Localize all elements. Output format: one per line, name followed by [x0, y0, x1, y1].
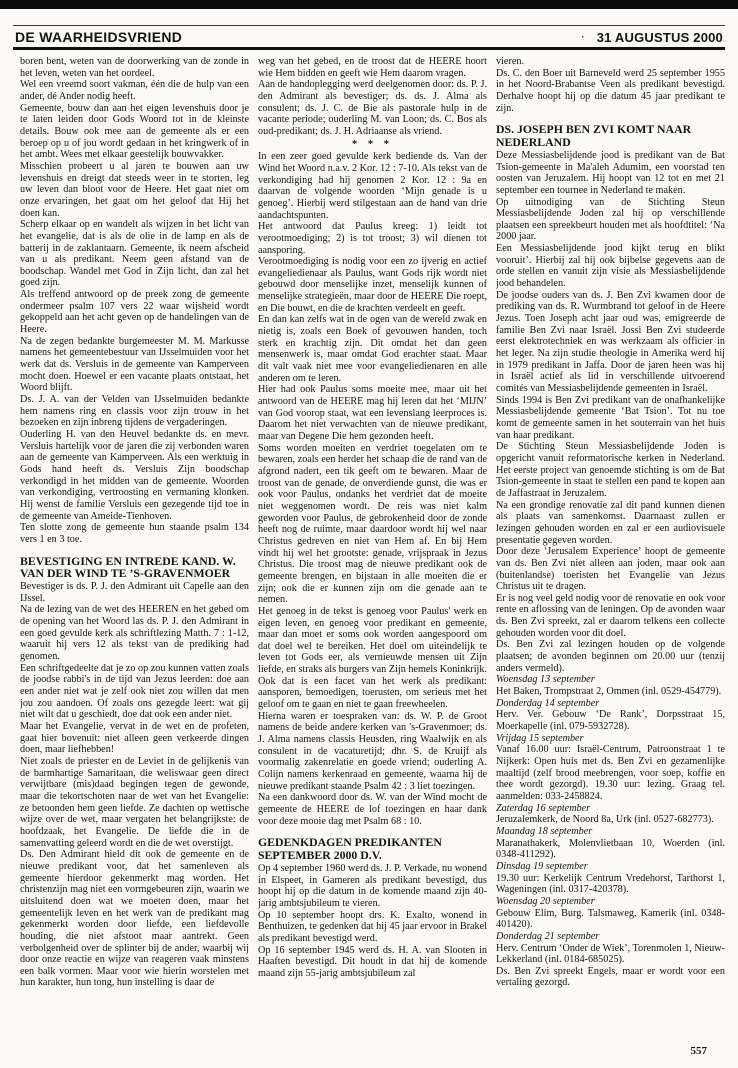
- event-date-line: Vrijdag 15 september: [496, 733, 725, 745]
- paragraph: Na een dankwoord door ds. W. van der Win…: [258, 792, 487, 827]
- event-date-line: Dinsdag 19 september: [496, 861, 725, 873]
- paragraph: Hierna waren er toespraken van: ds. W. P…: [258, 711, 487, 793]
- paragraph: In een zeer goed gevulde kerk bediende d…: [258, 151, 487, 221]
- column-1: boren bent, weten van de doorwerking van…: [20, 56, 249, 1048]
- page-number: 557: [691, 1045, 708, 1057]
- paragraph: De joodse ouders van ds. J. Ben Zvi kwam…: [496, 290, 725, 395]
- column-3: vieren.Ds. C. den Boer uit Barneveld wer…: [496, 56, 725, 1048]
- paragraph: Ds. C. den Boer uit Barneveld werd 25 se…: [496, 68, 725, 115]
- event-date-line: Donderdag 21 september: [496, 931, 725, 943]
- event-date-line: Zaterdag 16 september: [496, 803, 725, 815]
- paragraph: Maranathakerk, Molenvlietbaan 10, Woerde…: [496, 838, 725, 861]
- paragraph: Verootmoediging is nodig voor een zo ijv…: [258, 256, 487, 314]
- event-date-line: Woensdag 13 september: [496, 674, 725, 686]
- event-date-line: Donderdag 14 september: [496, 698, 725, 710]
- paragraph: Ouderling H. van den Heuvel bedankte ds.…: [20, 429, 249, 522]
- paragraph: Gebouw Elim, Burg. Talsmaweg, Kamerik (i…: [496, 908, 725, 931]
- paragraph: Gemeente, bouw dan aan het eigen levensh…: [20, 103, 249, 161]
- paragraph: Sinds 1994 is Ben Zvi predikant van de o…: [496, 395, 725, 442]
- article-columns: boren bent, weten van de doorwerking van…: [20, 56, 725, 1048]
- top-black-bar: [0, 0, 738, 9]
- paragraph: Vanaf 16.00 uur: Israël-Centrum, Patroon…: [496, 744, 725, 802]
- paragraph: Het antwoord dat Paulus kreeg: 1) leidt …: [258, 221, 487, 256]
- paragraph: weg van het gebed, en de troost dat de H…: [258, 56, 487, 79]
- masthead: DE WAARHEIDSVRIEND · 31 AUGUSTUS 2000: [13, 25, 725, 50]
- date-separator-dot: ·: [582, 32, 585, 42]
- paragraph: Misschien probeert u al jaren te bouwen …: [20, 161, 249, 219]
- column-2: weg van het gebed, en de troost dat de H…: [258, 56, 487, 1048]
- paragraph: Er is nog veel geld nodig voor de renova…: [496, 593, 725, 640]
- paragraph: Ds. Ben Zvi spreekt Engels, maar er word…: [496, 966, 725, 989]
- paragraph: Door deze ‘Jerusalem Experience’ hoopt d…: [496, 546, 725, 593]
- paragraph: Deze Messiasbelijdende jood is predikant…: [496, 150, 725, 197]
- paragraph: Niet zoals de priester en de Leviet in d…: [20, 756, 249, 849]
- paragraph: boren bent, weten van de doorwerking van…: [20, 56, 249, 79]
- paragraph: Herv. Ver. Gebouw ‘De Rank’, Dorpsstraat…: [496, 709, 725, 732]
- paragraph: Een Messiasbelijdende jood kijkt terug e…: [496, 243, 725, 290]
- section-separator: * * *: [258, 139, 487, 151]
- paragraph: Bevestiger is ds. P. J. den Admirant uit…: [20, 581, 249, 604]
- paragraph: Op uitnodiging van de Stichting Steun Me…: [496, 197, 725, 244]
- paragraph: Soms worden moeiten en verdriet toegelat…: [258, 443, 487, 606]
- paragraph: Ds. Den Admirant hield dit ook de gemeen…: [20, 849, 249, 989]
- paragraph: vieren.: [496, 56, 725, 68]
- issue-date-text: 31 AUGUSTUS 2000: [597, 30, 723, 45]
- paragraph: Ten slotte zong de gemeente hun staande …: [20, 522, 249, 545]
- paragraph: Jeruzalemkerk, de Noord 8a, Urk (inl. 05…: [496, 814, 725, 826]
- section-heading: DS. JOSEPH BEN ZVI KOMT NAAR NEDERLAND: [496, 123, 725, 149]
- paragraph: Op 4 september 1960 werd ds. J. P. Verka…: [258, 863, 487, 910]
- section-heading: BEVESTIGING EN INTREDE KAND. W. VAN DER …: [20, 555, 249, 581]
- paragraph: Wel een vreemd soort vakman, één die de …: [20, 79, 249, 102]
- paragraph: De Stichting Steun Messiasbelijdende Jod…: [496, 441, 725, 499]
- event-date-line: Maandag 18 september: [496, 826, 725, 838]
- event-date-line: Woensdag 20 september: [496, 896, 725, 908]
- paragraph: Op 16 september 1945 werd ds. H. A. van …: [258, 945, 487, 980]
- newspaper-page: DE WAARHEIDSVRIEND · 31 AUGUSTUS 2000 bo…: [0, 0, 738, 1068]
- paragraph: Scherp elkaar op en wandelt als wijzen i…: [20, 219, 249, 289]
- paragraph: Ds. Ben Zvi zal lezingen houden op de vo…: [496, 639, 725, 674]
- paragraph: Op 10 september hoopt drs. K. Exalto, wo…: [258, 910, 487, 945]
- paragraph: Na de lezing van de wet des HEEREN en he…: [20, 604, 249, 662]
- paragraph: Na een grondige renovatie zal dit pand k…: [496, 500, 725, 547]
- paragraph: Het genoeg in de tekst is genoeg voor Pa…: [258, 606, 487, 711]
- section-heading: GEDENKDAGEN PREDIKANTEN SEPTEMBER 2000 D…: [258, 836, 487, 862]
- paragraph: Als treffend antwoord op de preek zong d…: [20, 289, 249, 336]
- paragraph: Herv. Centrum ‘Onder de Wiek’, Torenmole…: [496, 943, 725, 966]
- paragraph: En dan kan zelfs wat in de ogen van de w…: [258, 314, 487, 384]
- paragraph: Aan de handoplegging werd deelgenomen do…: [258, 79, 487, 137]
- newspaper-title: DE WAARHEIDSVRIEND: [15, 29, 182, 45]
- paragraph: Het Baken, Trompstraat 2, Ommen (inl. 05…: [496, 686, 725, 698]
- paragraph: Een schriftgedeelte dat je zo op zou kun…: [20, 663, 249, 721]
- paragraph: Maar het Evangelie, vervat in de wet en …: [20, 721, 249, 756]
- paragraph: 19.30 uur: Kerkelijk Centrum Vredehorst,…: [496, 873, 725, 896]
- paragraph: Hier had ook Paulus soms moeite mee, maa…: [258, 384, 487, 442]
- paragraph: Na de zegen bedankte burgemeester M. M. …: [20, 336, 249, 394]
- issue-date: · 31 AUGUSTUS 2000: [582, 30, 723, 45]
- paragraph: Ds. J. A. van der Velden van IJsselmuide…: [20, 394, 249, 429]
